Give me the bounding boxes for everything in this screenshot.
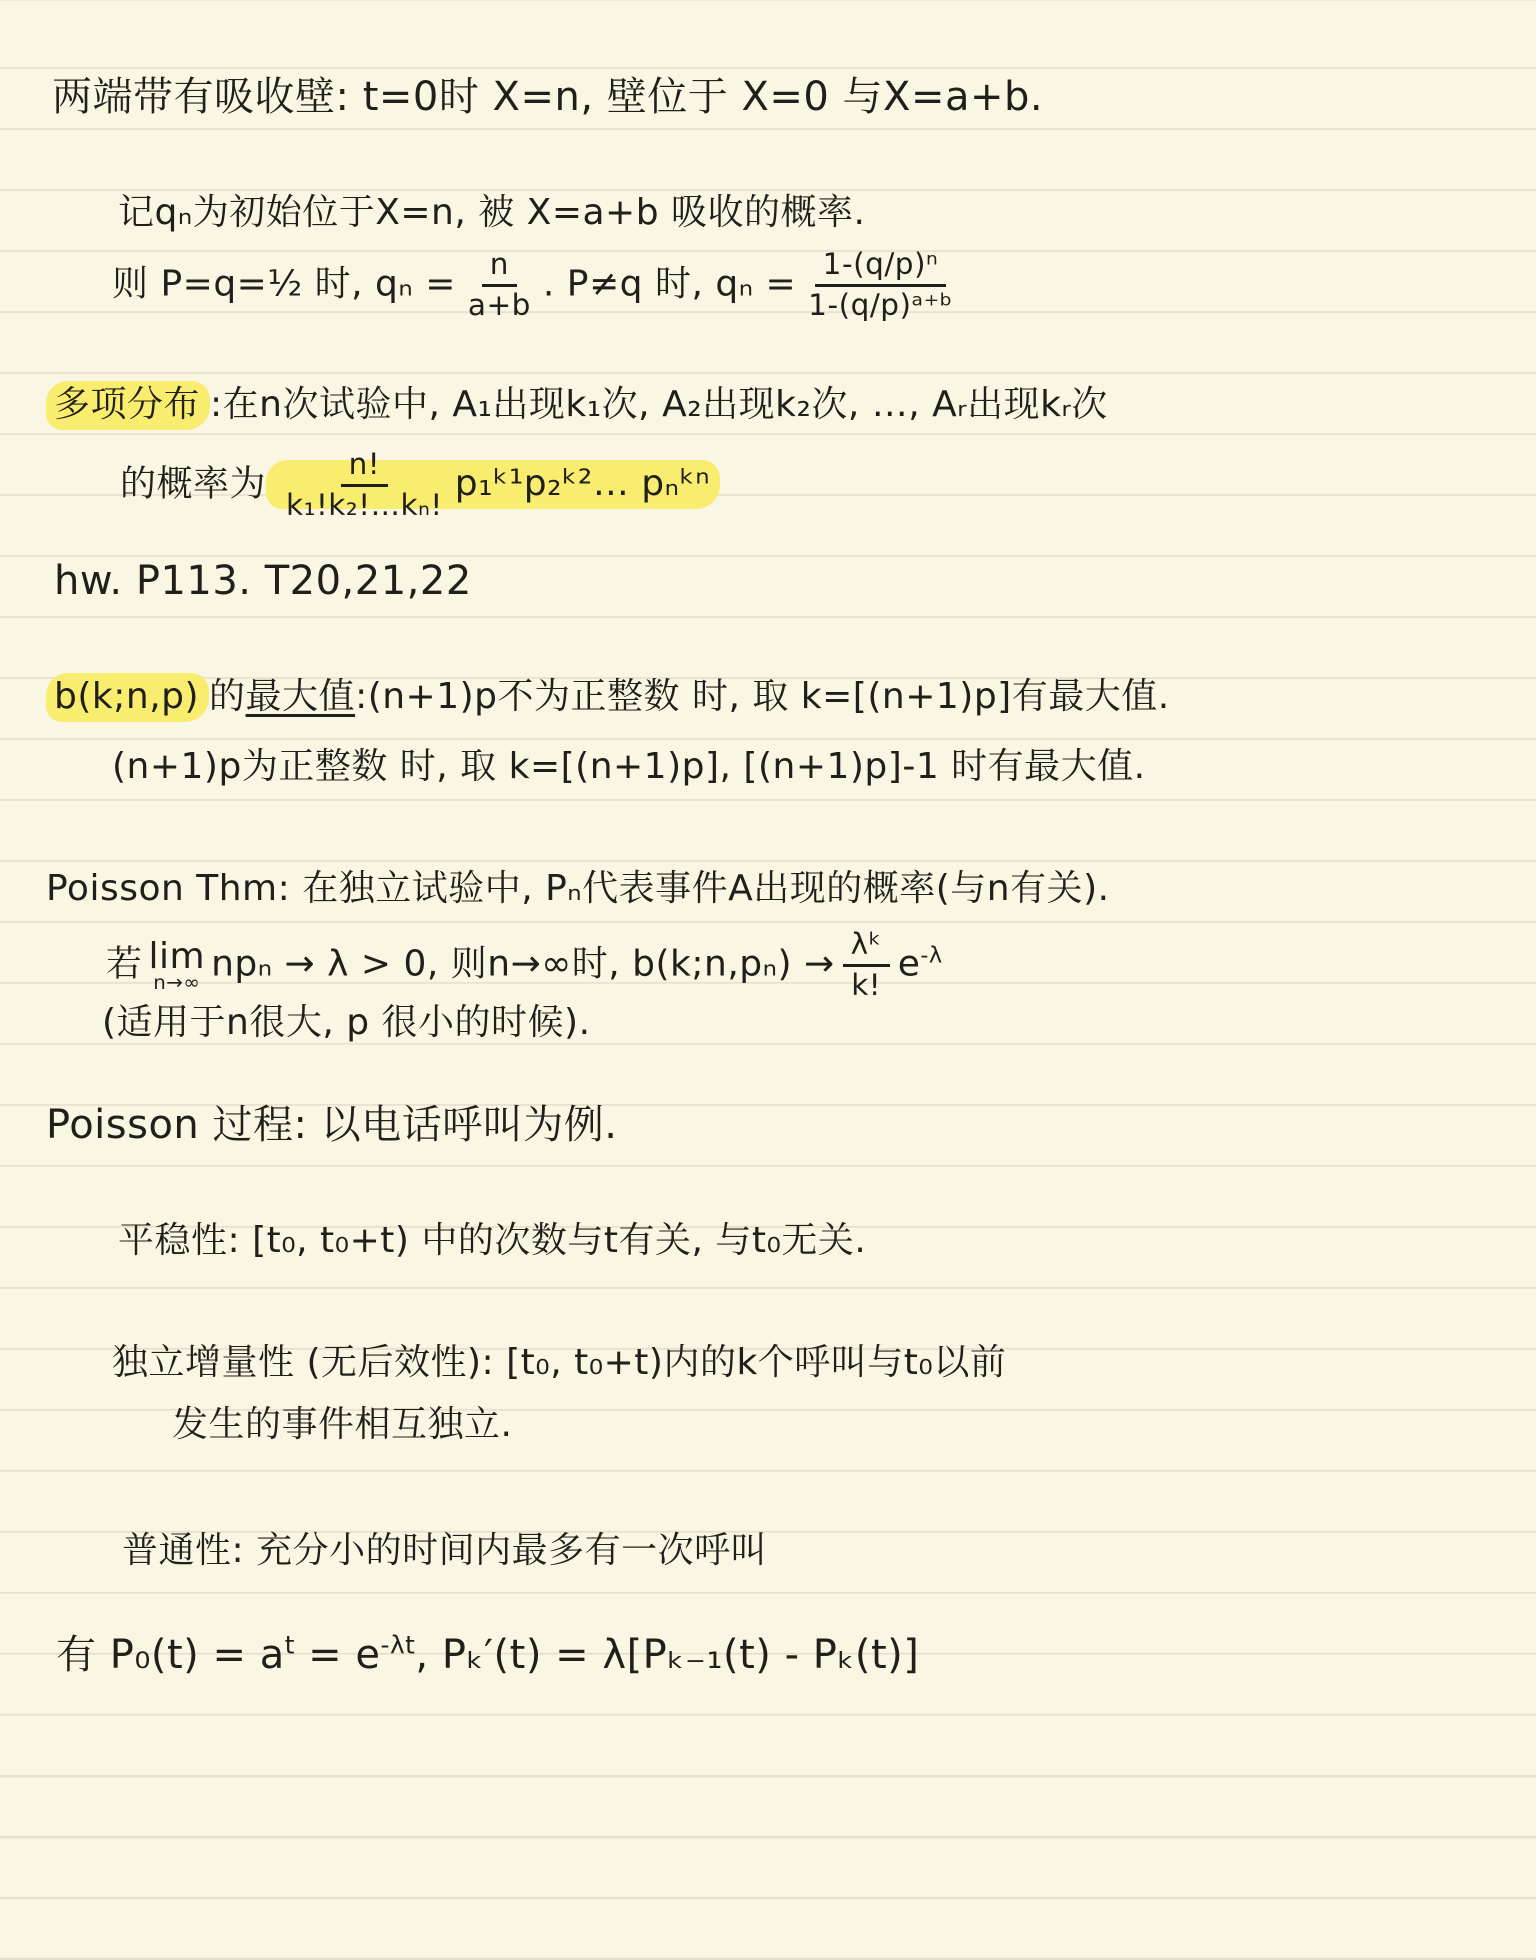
- ode-mid: = e: [295, 1632, 381, 1678]
- homework-note: hw. P113. T20,21,22: [54, 556, 472, 606]
- case-p-eq-q-text: 则 P=q=½ 时, qₙ =: [112, 263, 456, 304]
- ode-prefix: 有 P₀(t) = a: [56, 1632, 285, 1678]
- ruled-notebook-page: 两端带有吸收壁: t=0时 X=n, 壁位于 X=0 与X=a+b. 记qₙ为初…: [0, 0, 1536, 1960]
- poisson-process-ordinariness: 普通性: 充分小的时间内最多有一次呼叫: [122, 1528, 767, 1573]
- multinomial-term-highlight: 多项分布: [46, 381, 210, 430]
- absorbing-wall-define-qn: 记qₙ为初始位于X=n, 被 X=a+b 吸收的概率.: [118, 190, 865, 235]
- poisson-thm-limit-line: 若limn→∞npₙ → λ > 0, 则n→∞时, b(k;n,pₙ) →λᵏ…: [106, 928, 943, 1003]
- ode-exponent-neg-lambda-t: -λt: [381, 1631, 416, 1660]
- fraction-multinomial-coefficient: n!k₁!k₂!…kₙ!: [282, 448, 447, 523]
- multinomial-heading-line: 多项分布:在n次试验中, A₁出现k₁次, A₂出现k₂次, …, Aᵣ出现kᵣ…: [46, 382, 1108, 427]
- poisson-thm-line1: Poisson Thm: 在独立试验中, Pₙ代表事件A出现的概率(与n有关).: [46, 866, 1110, 911]
- poisson-thm-e-base: e: [898, 943, 921, 984]
- binomial-pmf-term-highlight: b(k;n,p): [46, 673, 209, 722]
- fraction-qp-ratio: 1-(q/p)ⁿ1-(q/p)ᵃ⁺ᵇ: [804, 248, 957, 323]
- poisson-process-stationarity: 平稳性: [t₀, t₀+t) 中的次数与t有关, 与t₀无关.: [118, 1218, 866, 1263]
- binomial-max-line2: (n+1)p为正整数 时, 取 k=[(n+1)p], [(n+1)p]-1 时…: [112, 744, 1146, 789]
- poisson-process-heading: Poisson 过程: 以电话呼叫为例.: [46, 1100, 617, 1150]
- poisson-process-independent-increments-1: 独立增量性 (无后效性): [t₀, t₀+t)内的k个呼叫与t₀以前: [112, 1340, 1006, 1385]
- multinomial-prob-prefix: 的概率为: [120, 463, 266, 504]
- poisson-thm-applicability: (适用于n很大, p 很小的时候).: [102, 1000, 591, 1045]
- multinomial-formula-highlight: n!k₁!k₂!…kₙ!p₁ᵏ¹p₂ᵏ²… pₙᵏⁿ: [266, 460, 720, 509]
- limit-operator: limn→∞: [149, 939, 206, 993]
- poisson-process-ode-line: 有 P₀(t) = at = e-λt, Pₖ′(t) = λ[Pₖ₋₁(t) …: [56, 1630, 919, 1680]
- binomial-max-rest: :(n+1)p不为正整数 时, 取 k=[(n+1)p]有最大值.: [355, 676, 1170, 717]
- fraction-lambda-k-over-k-factorial: λᵏk!: [843, 928, 890, 1003]
- binomial-max-pre: 的: [209, 676, 246, 717]
- ode-exponent-t: t: [285, 1631, 295, 1660]
- binomial-max-underlined: 最大值: [246, 676, 356, 717]
- ode-tail: , Pₖ′(t) = λ[Pₖ₋₁(t) - Pₖ(t)]: [415, 1632, 919, 1678]
- multinomial-description: :在n次试验中, A₁出现k₁次, A₂出现k₂次, …, Aᵣ出现kᵣ次: [210, 384, 1108, 425]
- poisson-process-independent-increments-2: 发生的事件相互独立.: [172, 1402, 512, 1447]
- poisson-thm-e-exponent: -λ: [920, 942, 942, 968]
- multinomial-product-term: p₁ᵏ¹p₂ᵏ²… pₙᵏⁿ: [455, 463, 710, 504]
- poisson-thm-ruo: 若: [106, 943, 143, 984]
- multinomial-probability-line: 的概率为n!k₁!k₂!…kₙ!p₁ᵏ¹p₂ᵏ²… pₙᵏⁿ: [120, 448, 720, 523]
- absorbing-wall-heading: 两端带有吸收壁: t=0时 X=n, 壁位于 X=0 与X=a+b.: [52, 72, 1043, 122]
- poisson-thm-mid: npₙ → λ > 0, 则n→∞时, b(k;n,pₙ) →: [211, 943, 835, 984]
- absorbing-wall-formula-line: 则 P=q=½ 时, qₙ =na+b. P≠q 时, qₙ =1-(q/p)ⁿ…: [112, 248, 965, 323]
- case-p-neq-q-text: . P≠q 时, qₙ =: [543, 263, 796, 304]
- binomial-max-line1: b(k;n,p)的最大值:(n+1)p不为正整数 时, 取 k=[(n+1)p]…: [46, 674, 1170, 719]
- fraction-n-over-a-plus-b: na+b: [464, 248, 535, 323]
